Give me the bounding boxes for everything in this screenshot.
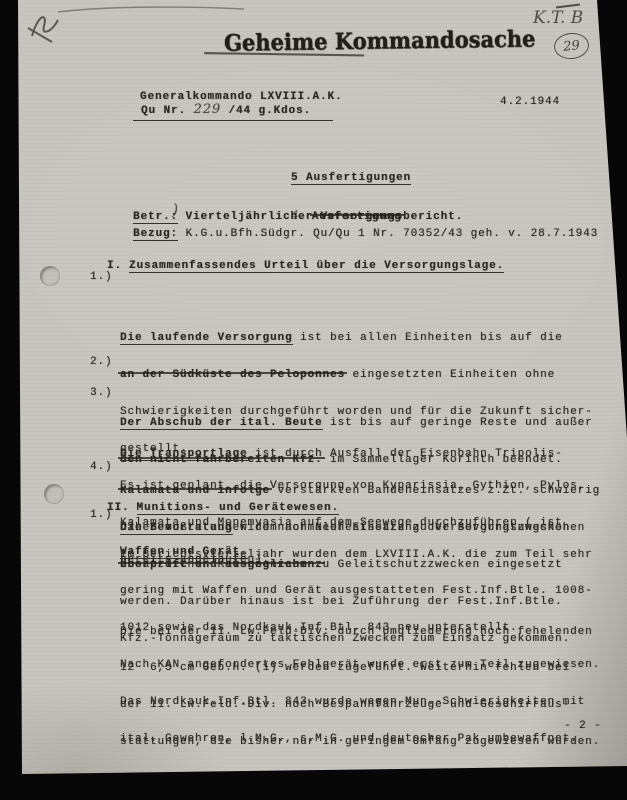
- handwritten-ktb: K.T. B: [533, 8, 583, 28]
- underlined-phrase: Die laufende Versorgung: [120, 332, 293, 345]
- text-line: Die Transportlage ist durch Ausfall der …: [120, 448, 600, 460]
- item-number: 3.): [90, 387, 113, 399]
- scanned-document: Geheime Kommandosache K.T. B 29 Generalk…: [0, 0, 627, 800]
- punch-hole: [44, 484, 64, 504]
- bezug-label: Bezug:: [133, 228, 178, 241]
- reference-underlined: Qu Nr. 229 /44 g.Kdos.: [133, 104, 333, 120]
- item-II-1-paragraph-2: Die bei der 11. Lw.Feld-Div. durch Umgli…: [120, 601, 600, 773]
- text-line: Die bei der 11. Lw.Feld-Div. durch Umgli…: [120, 626, 600, 638]
- item-number: 1.): [90, 509, 113, 521]
- circled-number-text: 29: [563, 38, 581, 54]
- underlined-phrase: Die Transportlage: [120, 448, 248, 461]
- text-line: 12 6,5 cm Geb.H. (1) werden zugeführt. W…: [120, 662, 600, 674]
- text-line: gering mit Waffen und Gerät ausgestattet…: [120, 585, 600, 597]
- page-number-text: - 2 -: [564, 720, 602, 732]
- item-number: 1.): [90, 271, 113, 283]
- ref-prefix: Qu Nr.: [141, 105, 194, 117]
- reference-line: Qu Nr. 229 /44 g.Kdos.: [88, 92, 333, 133]
- secrecy-stamp: Geheime Kommandosache: [224, 25, 536, 56]
- item-number: 2.): [90, 356, 113, 368]
- item-number: 4.): [90, 461, 113, 473]
- date-text: 4.2.1944: [500, 96, 560, 108]
- copies-total: 5 Ausfertigungen: [291, 172, 411, 185]
- text-line: Die laufende Versorgung ist bei allen Ei…: [120, 332, 593, 344]
- document-page: Geheime Kommandosache K.T. B 29 Generalk…: [0, 0, 627, 800]
- pen-scribble: [18, 2, 248, 52]
- handwritten-page-circle: 29: [553, 32, 590, 61]
- bezug-text: K.G.u.Bfh.Südgr. Qu/Qu 1 Nr. 70352/43 ge…: [178, 228, 598, 240]
- page-number: - 2 -: [519, 708, 602, 745]
- text-line: Im Berichtsvierteljahr wurden dem LXVIII…: [120, 549, 600, 561]
- ref-number-handwritten: 229: [194, 102, 222, 117]
- punch-hole: [40, 266, 60, 286]
- secrecy-stamp-text: Geheime Kommandosache: [224, 25, 536, 56]
- ktb-text: K.T. B: [533, 8, 583, 28]
- document-date: 4.2.1944: [455, 84, 560, 121]
- ref-suffix: /44 g.Kdos.: [221, 105, 311, 117]
